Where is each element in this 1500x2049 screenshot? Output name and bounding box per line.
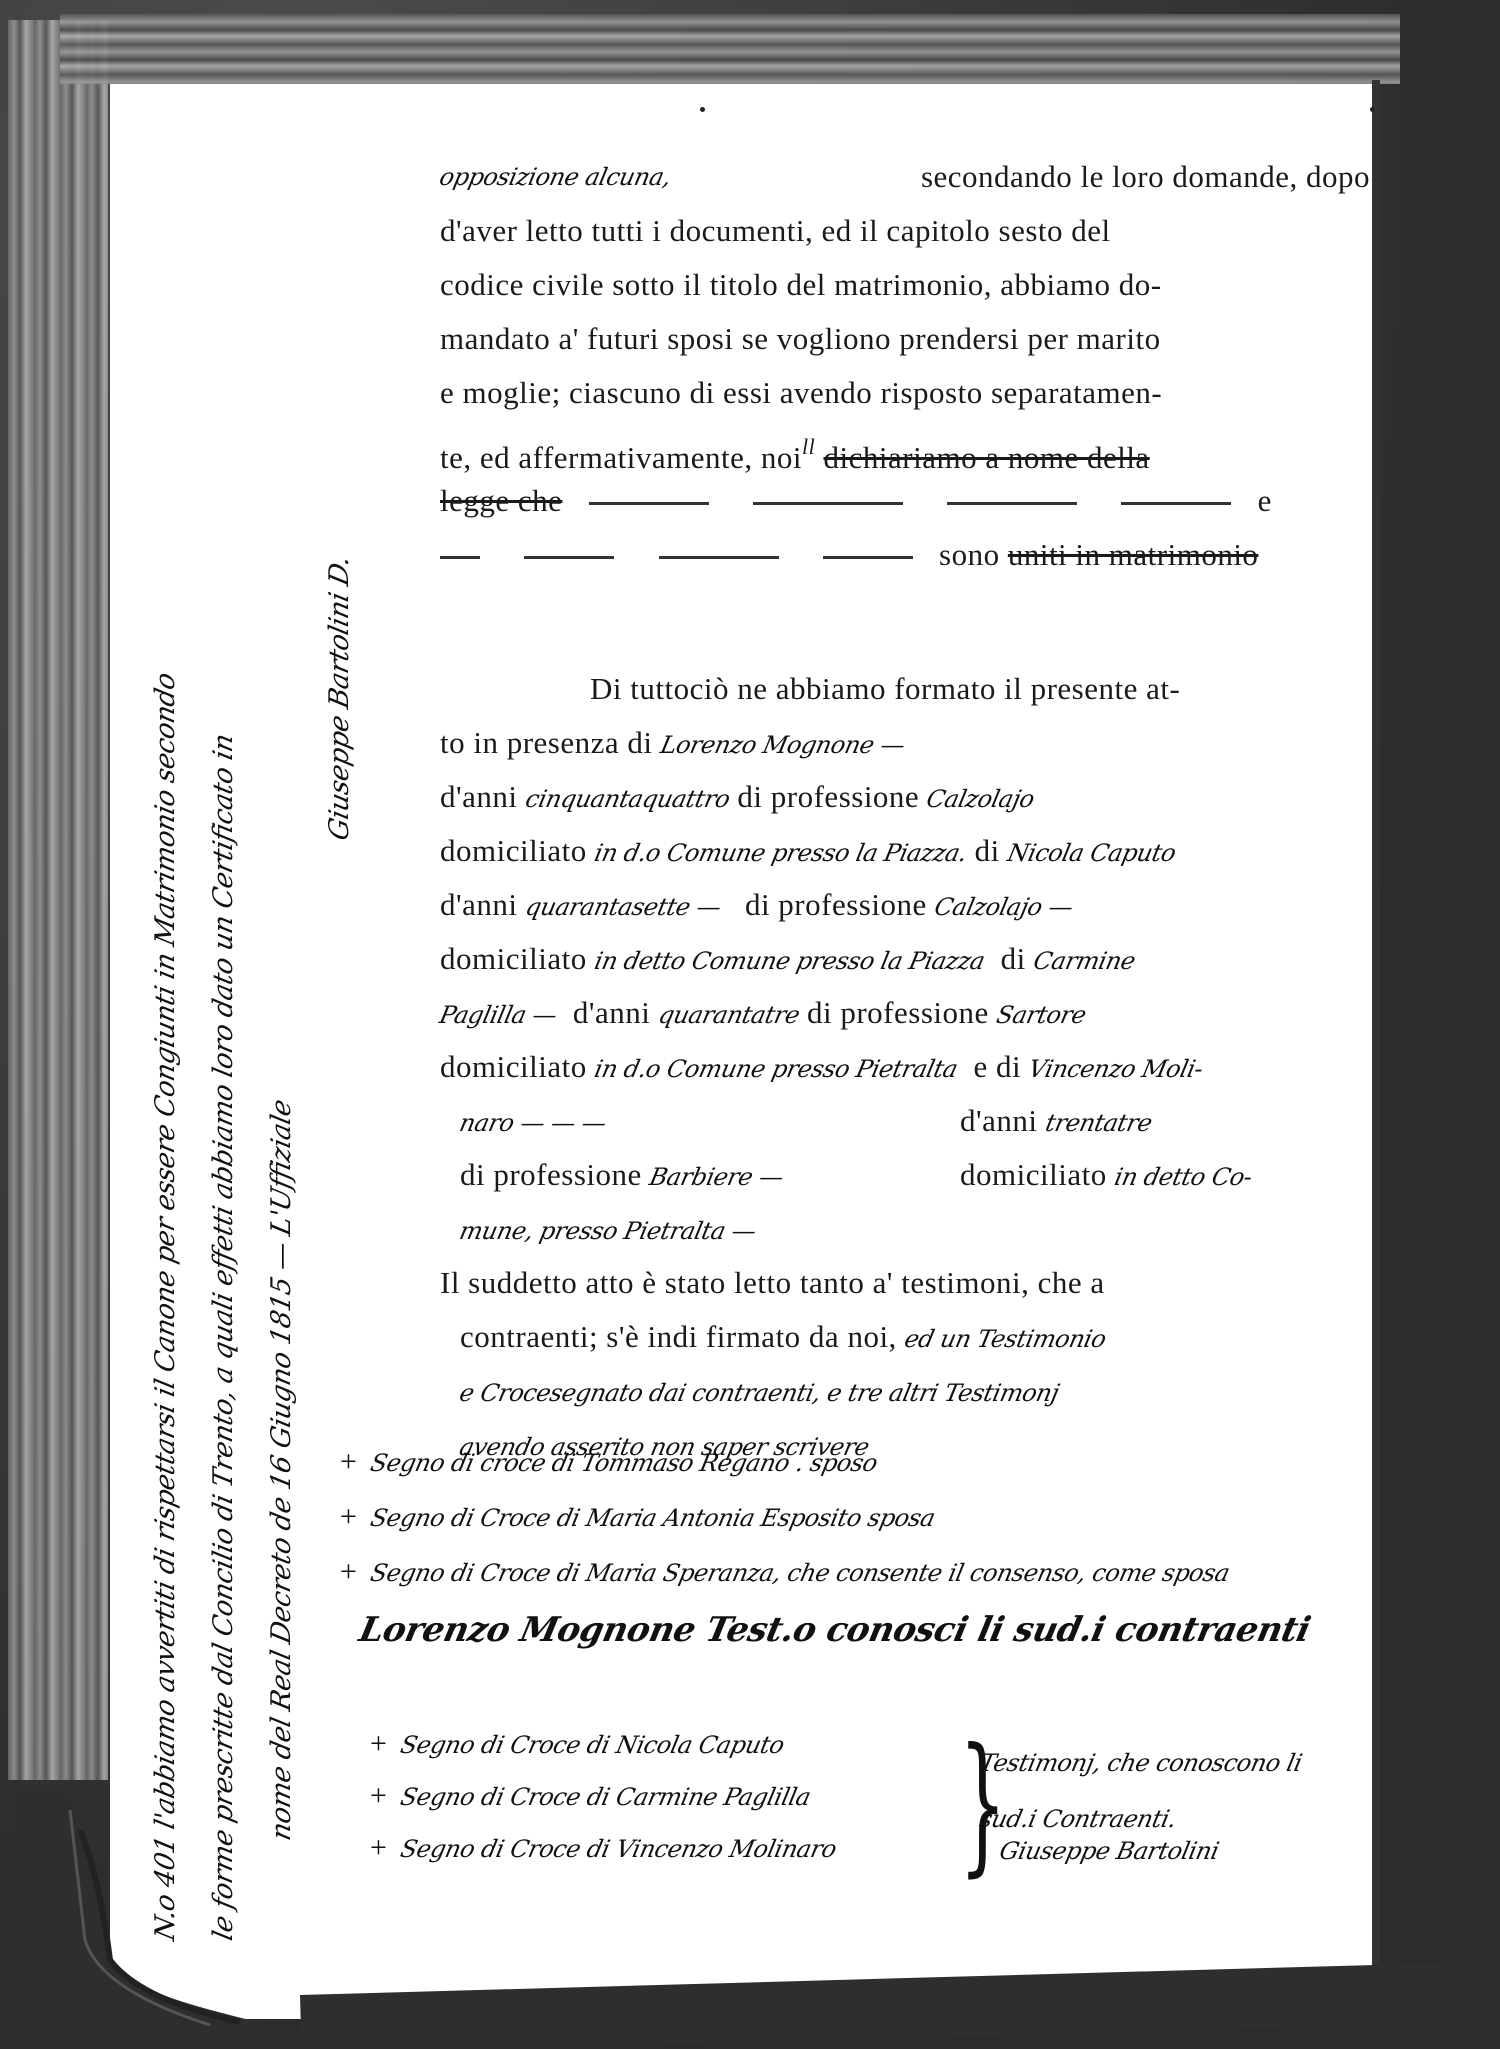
handwritten-witness-surname: naro — — — — [454, 1096, 611, 1150]
book-binding-edge — [8, 20, 108, 1780]
form-line-para2-9: naro — — — d'anni trentatre — [440, 1094, 1370, 1148]
printed-text: sono — [939, 537, 1000, 572]
form-line-para3-1: Il suddetto atto è stato letto tanto a' … — [440, 1256, 1370, 1310]
handwritten-witness-name: Nicola Caputo — [1002, 826, 1181, 880]
signature-bride: + Segno di Croce di Maria Antonia Esposi… — [340, 1500, 1370, 1555]
printed-text: di professione — [460, 1157, 642, 1192]
handwritten-superscript: ll — [802, 434, 815, 459]
fill-rule — [947, 502, 1077, 505]
printed-form-text: opposizione alcuna, secondando le loro d… — [440, 150, 1370, 1472]
margin-text: nome del Real Decreto de 16 Giugno 1815 … — [266, 1097, 297, 1843]
handwritten-witness-surname: Paglilla — — [434, 988, 562, 1042]
signature-text: Lorenzo Mognone Test.o conosci li sud.i … — [356, 1610, 1314, 1650]
form-line-para2-8: domiciliato in d.o Comune presso Pietral… — [440, 1040, 1370, 1094]
printed-text: di professione — [807, 995, 989, 1030]
fill-rule — [823, 556, 913, 559]
signature-text: Segno di Croce di Carmine Paglilla — [398, 1783, 813, 1811]
officer-signature: Giuseppe Bartolini — [997, 1837, 1221, 1865]
margin-text: le forme prescritte dal Concilio di Tren… — [208, 731, 239, 1943]
signature-witness: + Segno di Croce di Nicola Caputo — [370, 1727, 836, 1779]
handwritten-domicile: in d.o Comune presso Pietralta — [589, 1042, 962, 1096]
printed-text: di — [975, 833, 1000, 868]
printed-text: d'anni — [440, 779, 517, 814]
printed-text: di — [1001, 941, 1026, 976]
margin-annotation: N.o 401 l'abbiamo avvertiti di rispettar… — [150, 150, 382, 1940]
handwritten-witness-name: Carmine — [1028, 934, 1140, 988]
handwritten-addition: e Crocesegnato dai contraenti, e tre alt… — [454, 1366, 1064, 1420]
handwritten-age: quarantatre — [653, 988, 805, 1042]
signature-witness-lorenzo: Lorenzo Mognone Test.o conosci li sud.i … — [340, 1610, 1370, 1680]
printed-text: contraenti; s'è indi firmato da noi, — [460, 1319, 897, 1354]
handwritten-profession: Sartore — [991, 988, 1091, 1042]
printed-text: secondando le loro domande, dopo — [921, 150, 1370, 204]
form-line-para2-3: d'anni cinquantaquattro di professione C… — [440, 770, 1370, 824]
form-line-para3-2: contraenti; s'è indi firmato da noi, ed … — [440, 1310, 1370, 1364]
form-line-para2-6: domiciliato in detto Comune presso la Pi… — [440, 932, 1370, 986]
printed-text: domiciliato — [440, 833, 587, 868]
form-line-5: e moglie; ciascuno di essi avendo rispos… — [440, 366, 1370, 420]
book-top-edge — [60, 14, 1400, 84]
signature-block: + Segno di croce di Tommaso Regano . spo… — [340, 1445, 1370, 1680]
form-line-6: te, ed affermativamente, noill dichiaria… — [440, 420, 1370, 474]
fill-rule — [753, 502, 903, 505]
domicile-group: domiciliato in detto Co- — [960, 1148, 1252, 1204]
form-line-para2-10: di professione Barbiere — domiciliato in… — [440, 1148, 1370, 1202]
witness-note-line: Testimonj, che conoscono li — [974, 1737, 1307, 1789]
ink-speck — [700, 107, 705, 112]
handwritten-age: quarantasette — — [520, 880, 726, 934]
handwritten-witness-name: Lorenzo Mognone — — [655, 718, 910, 772]
age-group: d'anni trentatre — [960, 1094, 1151, 1150]
margin-line: N.o 401 l'abbiamo avvertiti di rispettar… — [150, 150, 208, 1940]
witness-signatures: + Segno di Croce di Nicola Caputo + Segn… — [370, 1727, 1410, 1897]
handwritten-profession: Calzolajo — — [929, 880, 1078, 934]
form-line-para2-4: domiciliato in d.o Comune presso la Piaz… — [440, 824, 1370, 878]
form-line-para3-3: e Crocesegnato dai contraenti, e tre alt… — [440, 1364, 1370, 1418]
handwritten-domicile: in d.o Comune presso la Piazza. — [589, 826, 972, 880]
form-line-para2-11: mune, presso Pietralta — — [440, 1202, 1370, 1256]
handwritten-age: cinquantaquattro — [520, 772, 735, 826]
witness-list: + Segno di Croce di Nicola Caputo + Segn… — [370, 1727, 836, 1883]
form-line-1: opposizione alcuna, secondando le loro d… — [440, 150, 1370, 204]
signature-text: Segno di Croce di Maria Antonia Esposito… — [368, 1504, 937, 1532]
handwritten-domicile: mune, presso Pietralta — — [454, 1204, 761, 1258]
form-line-8: sono uniti in matrimonio — [440, 528, 1370, 582]
handwritten-addition: ed un Testimonio — [899, 1312, 1111, 1366]
printed-text: e di — [973, 1049, 1021, 1084]
printed-text: d'anni — [573, 995, 650, 1030]
margin-text: N.o 401 l'abbiamo avvertiti di rispettar… — [150, 670, 181, 1943]
handwritten-age: trentatre — [1040, 1096, 1157, 1150]
handwritten-profession: Calzolajo — [922, 772, 1040, 826]
printed-text: e — [1258, 483, 1272, 518]
fill-rule — [440, 556, 480, 559]
margin-line: nome del Real Decreto de 16 Giugno 1815 … — [266, 150, 324, 1940]
printed-text: domiciliato — [960, 1157, 1107, 1192]
handwritten-profession: Barbiere — — [644, 1150, 788, 1204]
signature-text: Segno di Croce di Maria Speranza, che co… — [368, 1559, 1232, 1587]
signature-text: Segno di Croce di Vincenzo Molinaro — [398, 1835, 839, 1863]
signature-groom: + Segno di croce di Tommaso Regano . spo… — [340, 1445, 1370, 1500]
form-line-2: d'aver letto tutti i documenti, ed il ca… — [440, 204, 1370, 258]
ink-speck — [1370, 107, 1375, 112]
printed-text: domiciliato — [440, 941, 587, 976]
signature-witness: + Segno di Croce di Carmine Paglilla — [370, 1779, 836, 1831]
printed-text: d'anni — [960, 1103, 1037, 1138]
signature-consent: + Segno di Croce di Maria Speranza, che … — [340, 1555, 1370, 1610]
printed-text: domiciliato — [440, 1049, 587, 1084]
margin-text: Giuseppe Bartolini D. — [324, 554, 355, 844]
struck-text: legge che — [440, 483, 562, 518]
form-line-para2-7: Paglilla — d'anni quarantatre di profess… — [440, 986, 1370, 1040]
form-line-para2-5: d'anni quarantasette — di professione Ca… — [440, 878, 1370, 932]
paragraph-gap — [440, 582, 1370, 662]
handwritten-domicile: in detto Co- — [1109, 1150, 1257, 1204]
form-line-para2-2: to in presenza di Lorenzo Mognone — — [440, 716, 1370, 770]
fill-rule — [1121, 502, 1231, 505]
form-line-4: mandato a' futuri sposi se vogliono pren… — [440, 312, 1370, 366]
handwritten-fill: opposizione alcuna, — [434, 150, 676, 204]
witness-note: Testimonj, che conoscono li sud.i Contra… — [980, 1737, 1380, 1849]
printed-text: d'anni — [440, 887, 517, 922]
signature-witness: + Segno di Croce di Vincenzo Molinaro — [370, 1831, 836, 1883]
printed-text: di professione — [737, 779, 919, 814]
fill-rule — [524, 556, 614, 559]
signature-text: Segno di croce di Tommaso Regano . sposo — [368, 1449, 880, 1477]
form-line-7: legge che e — [440, 474, 1370, 528]
printed-text: te, ed affermativamente, noi — [440, 440, 802, 475]
printed-text: di professione — [745, 887, 927, 922]
form-line-3: codice civile sotto il titolo del matrim… — [440, 258, 1370, 312]
handwritten-witness-name: Vincenzo Moli- — [1024, 1042, 1209, 1096]
printed-text: to in presenza di — [440, 725, 653, 760]
form-line-para2-1: Di tuttociò ne abbiamo formato il presen… — [440, 662, 1370, 716]
fill-rule — [589, 502, 709, 505]
struck-text: uniti in matrimonio — [1008, 537, 1259, 572]
struck-text: dichiariamo a nome della — [824, 440, 1150, 475]
handwritten-domicile: in detto Comune presso la Piazza — [589, 934, 990, 988]
fill-rule — [659, 556, 779, 559]
margin-line: le forme prescritte dal Concilio di Tren… — [208, 150, 266, 1940]
margin-line: Giuseppe Bartolini D. — [324, 150, 382, 1940]
signature-text: Segno di Croce di Nicola Caputo — [398, 1731, 787, 1759]
